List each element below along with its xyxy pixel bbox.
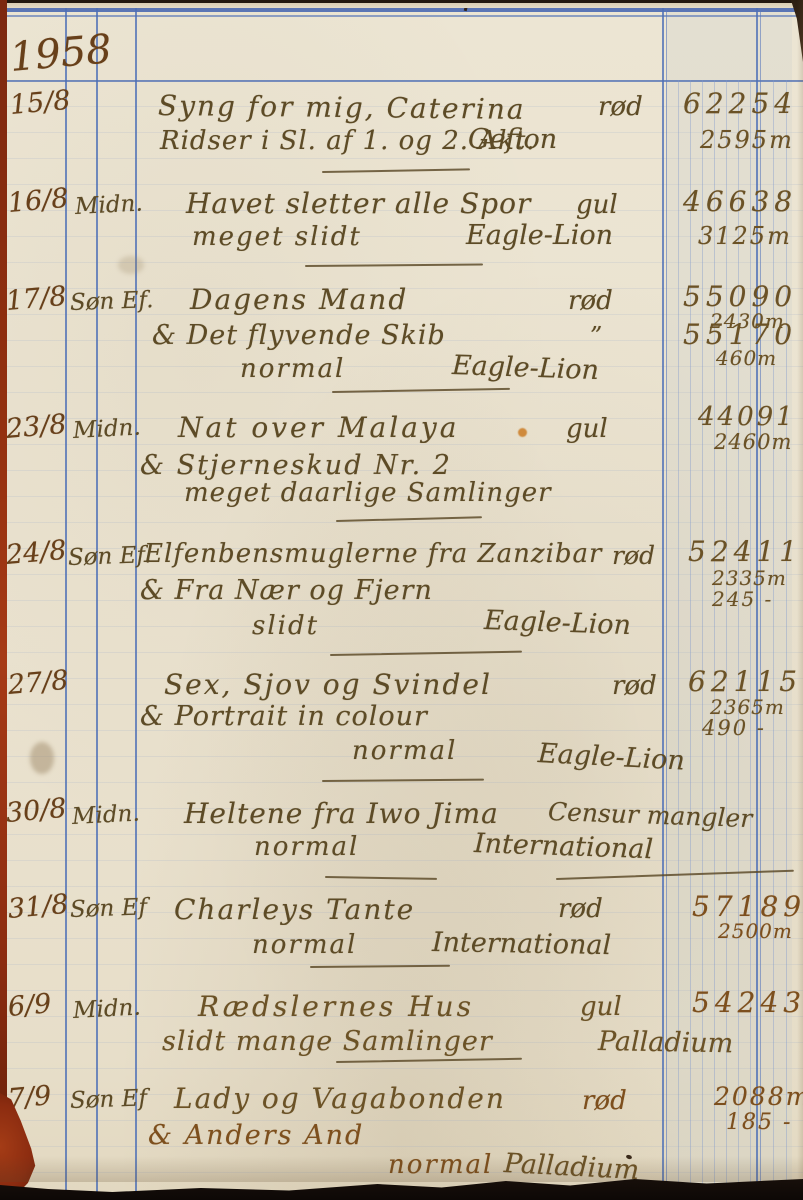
top-rule-thin — [0, 15, 803, 17]
film-title: Sex, Sjov og Svindel — [164, 671, 492, 699]
session-label: Midn. — [71, 802, 140, 829]
session-label: Søn Ef. — [68, 544, 152, 570]
serial-number: 57189 — [692, 893, 803, 921]
condition-note: normal — [352, 738, 457, 764]
censor-note: Censur mangler — [548, 799, 753, 831]
film-color-code: gul — [576, 192, 618, 218]
film-meters: 2365m — [710, 697, 785, 717]
year-label: 1958 — [8, 29, 113, 78]
serial-number: 55090 — [683, 283, 797, 311]
film-meters: 2460m — [714, 432, 792, 453]
film-color-code: rød — [612, 673, 657, 699]
distributor: Gefion — [468, 126, 557, 153]
paper-stain — [118, 256, 144, 274]
distributor: Palladium — [598, 1028, 734, 1057]
co-feature-title: & Portrait in colour — [140, 703, 428, 730]
distributor: Eagle-Lion — [537, 740, 685, 775]
co-feature-title: & Anders And — [148, 1122, 364, 1149]
session-label: Midn. — [72, 416, 141, 443]
condition-note: meget slidt — [192, 224, 362, 250]
serial-number: 44091 — [698, 404, 796, 430]
condition-note: meget daarlige Samlinger — [184, 480, 552, 506]
header-rule — [0, 80, 803, 82]
entry-date: 15/8 — [9, 87, 72, 119]
serial-number: 46638 — [683, 188, 797, 216]
entry-date: 23/8 — [5, 411, 68, 443]
ditto-mark: ” — [590, 324, 602, 348]
session-label: Midn. — [72, 996, 141, 1023]
film-meters: 2500m — [718, 921, 793, 941]
film-color-code: rød — [558, 896, 603, 922]
distributor: Eagle-Lion — [484, 607, 632, 639]
entry-date: 6/9 — [7, 990, 53, 1021]
serial-number: 62254 — [683, 90, 797, 118]
film-title: Syng for mig, Caterina — [158, 92, 526, 124]
session-label: Søn Ef. — [70, 289, 154, 315]
session-label: Søn Ef — [70, 896, 148, 922]
film-title: Havet sletter alle Spor — [186, 190, 531, 218]
serial-number: 55170 — [683, 321, 797, 349]
paper-stain — [30, 742, 54, 774]
film-title: Lady og Vagabonden — [174, 1085, 506, 1113]
film-meters: 2595m — [700, 128, 794, 152]
film-title: Elfenbensmuglerne fra Zanzibar — [144, 541, 602, 567]
page-right-shade — [797, 0, 803, 1200]
entry-date: 27/8 — [7, 667, 70, 699]
film-title: Nat over Malaya — [178, 414, 459, 442]
co-feature-title: & Stjerneskud Nr. 2 — [140, 452, 452, 479]
entry-date: 24/8 — [5, 537, 68, 569]
film-color-code: rød — [598, 94, 643, 120]
entry-date: 17/8 — [5, 283, 68, 315]
film-meters: 460m — [716, 348, 777, 368]
column-rule-amount-left2 — [666, 8, 667, 1200]
fee-amount: 245 - — [712, 589, 773, 609]
distributor: Eagle-Lion — [452, 352, 600, 384]
film-meters: 2335m — [712, 568, 787, 588]
film-color-code: gul — [580, 994, 622, 1020]
top-rule-thick — [0, 8, 803, 12]
co-feature-title: & Fra Nær og Fjern — [140, 577, 433, 604]
film-title: Heltene fra Iwo Jima — [184, 800, 499, 828]
distributor: International — [474, 830, 654, 863]
film-title: Dagens Mand — [190, 286, 408, 314]
serial-number: 54243 — [692, 989, 803, 1017]
condition-note: normal — [240, 356, 345, 382]
film-title: Rædslernes Hus — [198, 993, 474, 1021]
film-title: Charleys Tante — [174, 896, 415, 924]
film-color-code: rød — [568, 288, 613, 314]
column-rule-amount-left — [662, 8, 664, 1200]
film-meters: 3125m — [698, 224, 792, 248]
entry-date: 16/8 — [7, 185, 70, 217]
condition-note: slidt mange Samlinger — [162, 1028, 493, 1055]
session-label: Søn Ef — [70, 1087, 148, 1113]
fee-amount: 490 - — [702, 718, 766, 739]
condition-note: slidt — [252, 613, 319, 639]
film-color-code: gul — [566, 416, 608, 442]
paper-stain — [518, 428, 527, 437]
serial-number: 52411 — [688, 538, 802, 566]
co-feature-title: & Det flyvende Skib — [152, 322, 446, 349]
condition-note: normal — [254, 834, 359, 860]
bottom-edge-shadow — [0, 1156, 803, 1182]
entry-date: 30/8 — [5, 795, 68, 827]
condition-note: normal — [252, 932, 357, 958]
film-color-code: rød — [582, 1088, 627, 1114]
film-meters: 2088m — [714, 1084, 803, 1109]
page-top-edge — [0, 0, 803, 8]
fee-amount: 185 - — [726, 1112, 792, 1134]
session-label: Midn. — [74, 192, 143, 219]
entry-date: 31/8 — [7, 891, 70, 923]
film-color-code: rød — [612, 543, 655, 568]
book-spine-edge — [0, 0, 7, 1200]
column-rule-title — [135, 8, 137, 1200]
distributor: International — [432, 929, 612, 959]
distributor: Eagle-Lion — [466, 222, 613, 249]
ledger-page: 1958 15/8 Syng for mig, Caterina rød 622… — [0, 0, 803, 1200]
serial-number: 62115 — [688, 668, 802, 696]
